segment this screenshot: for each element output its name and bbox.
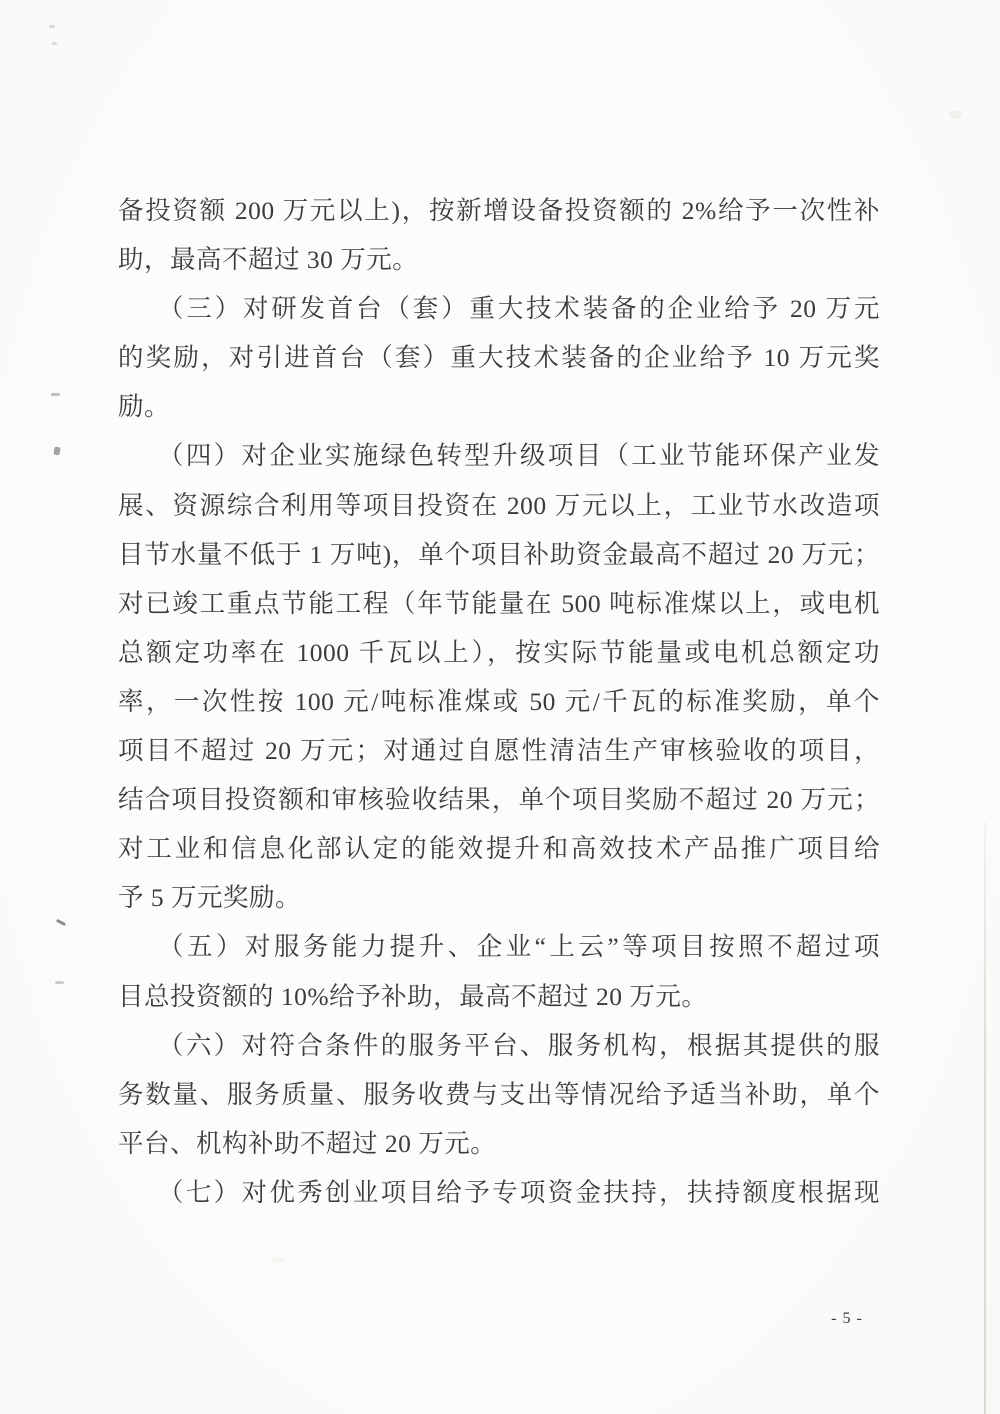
scan-speck — [52, 42, 57, 45]
text-line: 助，最高不超过 30 万元。 — [118, 235, 880, 284]
text-line: 予 5 万元奖励。 — [118, 873, 880, 922]
text-line: 目节水量不低于 1 万吨)，单个项目补助资金最高不超过 20 万元； — [118, 530, 880, 579]
scanned-document-page: 备投资额 200 万元以上)，按新增设备投资额的 2%给予一次性补助，最高不超过… — [0, 0, 1000, 1414]
scan-speck — [56, 919, 66, 926]
text-line: （三）对研发首台（套）重大技术装备的企业给予 20 万元 — [118, 284, 880, 333]
text-line: 的奖励，对引进首台（套）重大技术装备的企业给予 10 万元奖 — [118, 333, 880, 382]
text-line: 率，一次性按 100 元/吨标准煤或 50 元/千瓦的标准奖励，单个 — [118, 677, 880, 726]
text-line: 结合项目投资额和审核验收结果，单个项目奖励不超过 20 万元； — [118, 775, 880, 824]
scan-speck — [271, 1257, 286, 1263]
text-line: 励。 — [118, 382, 880, 431]
scan-speck — [55, 981, 64, 984]
text-line: 对工业和信息化部认定的能效提升和高效技术产品推广项目给 — [118, 824, 880, 873]
text-line: （六）对符合条件的服务平台、服务机构，根据其提供的服 — [118, 1021, 880, 1070]
text-line: 务数量、服务质量、服务收费与支出等情况给予适当补助，单个 — [118, 1070, 880, 1119]
text-line: 展、资源综合利用等项目投资在 200 万元以上，工业节水改造项 — [118, 481, 880, 530]
text-line: （七）对优秀创业项目给予专项资金扶持，扶持额度根据现 — [118, 1168, 880, 1217]
scan-speck — [949, 110, 962, 119]
scan-speck — [53, 447, 60, 456]
page-number: - 5 - — [812, 1306, 882, 1332]
text-line: 目总投资额的 10%给予补助，最高不超过 20 万元。 — [118, 972, 880, 1021]
text-block: 备投资额 200 万元以上)，按新增设备投资额的 2%给予一次性补助，最高不超过… — [118, 186, 880, 1217]
scan-speck — [49, 25, 55, 28]
scan-speck — [51, 393, 60, 396]
text-line: 平台、机构补助不超过 20 万元。 — [118, 1119, 880, 1168]
text-line: 总额定功率在 1000 千瓦以上），按实际节能量或电机总额定功 — [118, 628, 880, 677]
text-line: 对已竣工重点节能工程（年节能量在 500 吨标准煤以上，或电机 — [118, 579, 880, 628]
text-line: 备投资额 200 万元以上)，按新增设备投资额的 2%给予一次性补 — [118, 186, 880, 235]
text-line: （五）对服务能力提升、企业“上云”等项目按照不超过项 — [118, 922, 880, 971]
text-line: 项目不超过 20 万元；对通过自愿性清洁生产审核验收的项目， — [118, 726, 880, 775]
text-line: （四）对企业实施绿色转型升级项目（工业节能环保产业发 — [118, 431, 880, 480]
scan-edge-line — [984, 822, 986, 1414]
